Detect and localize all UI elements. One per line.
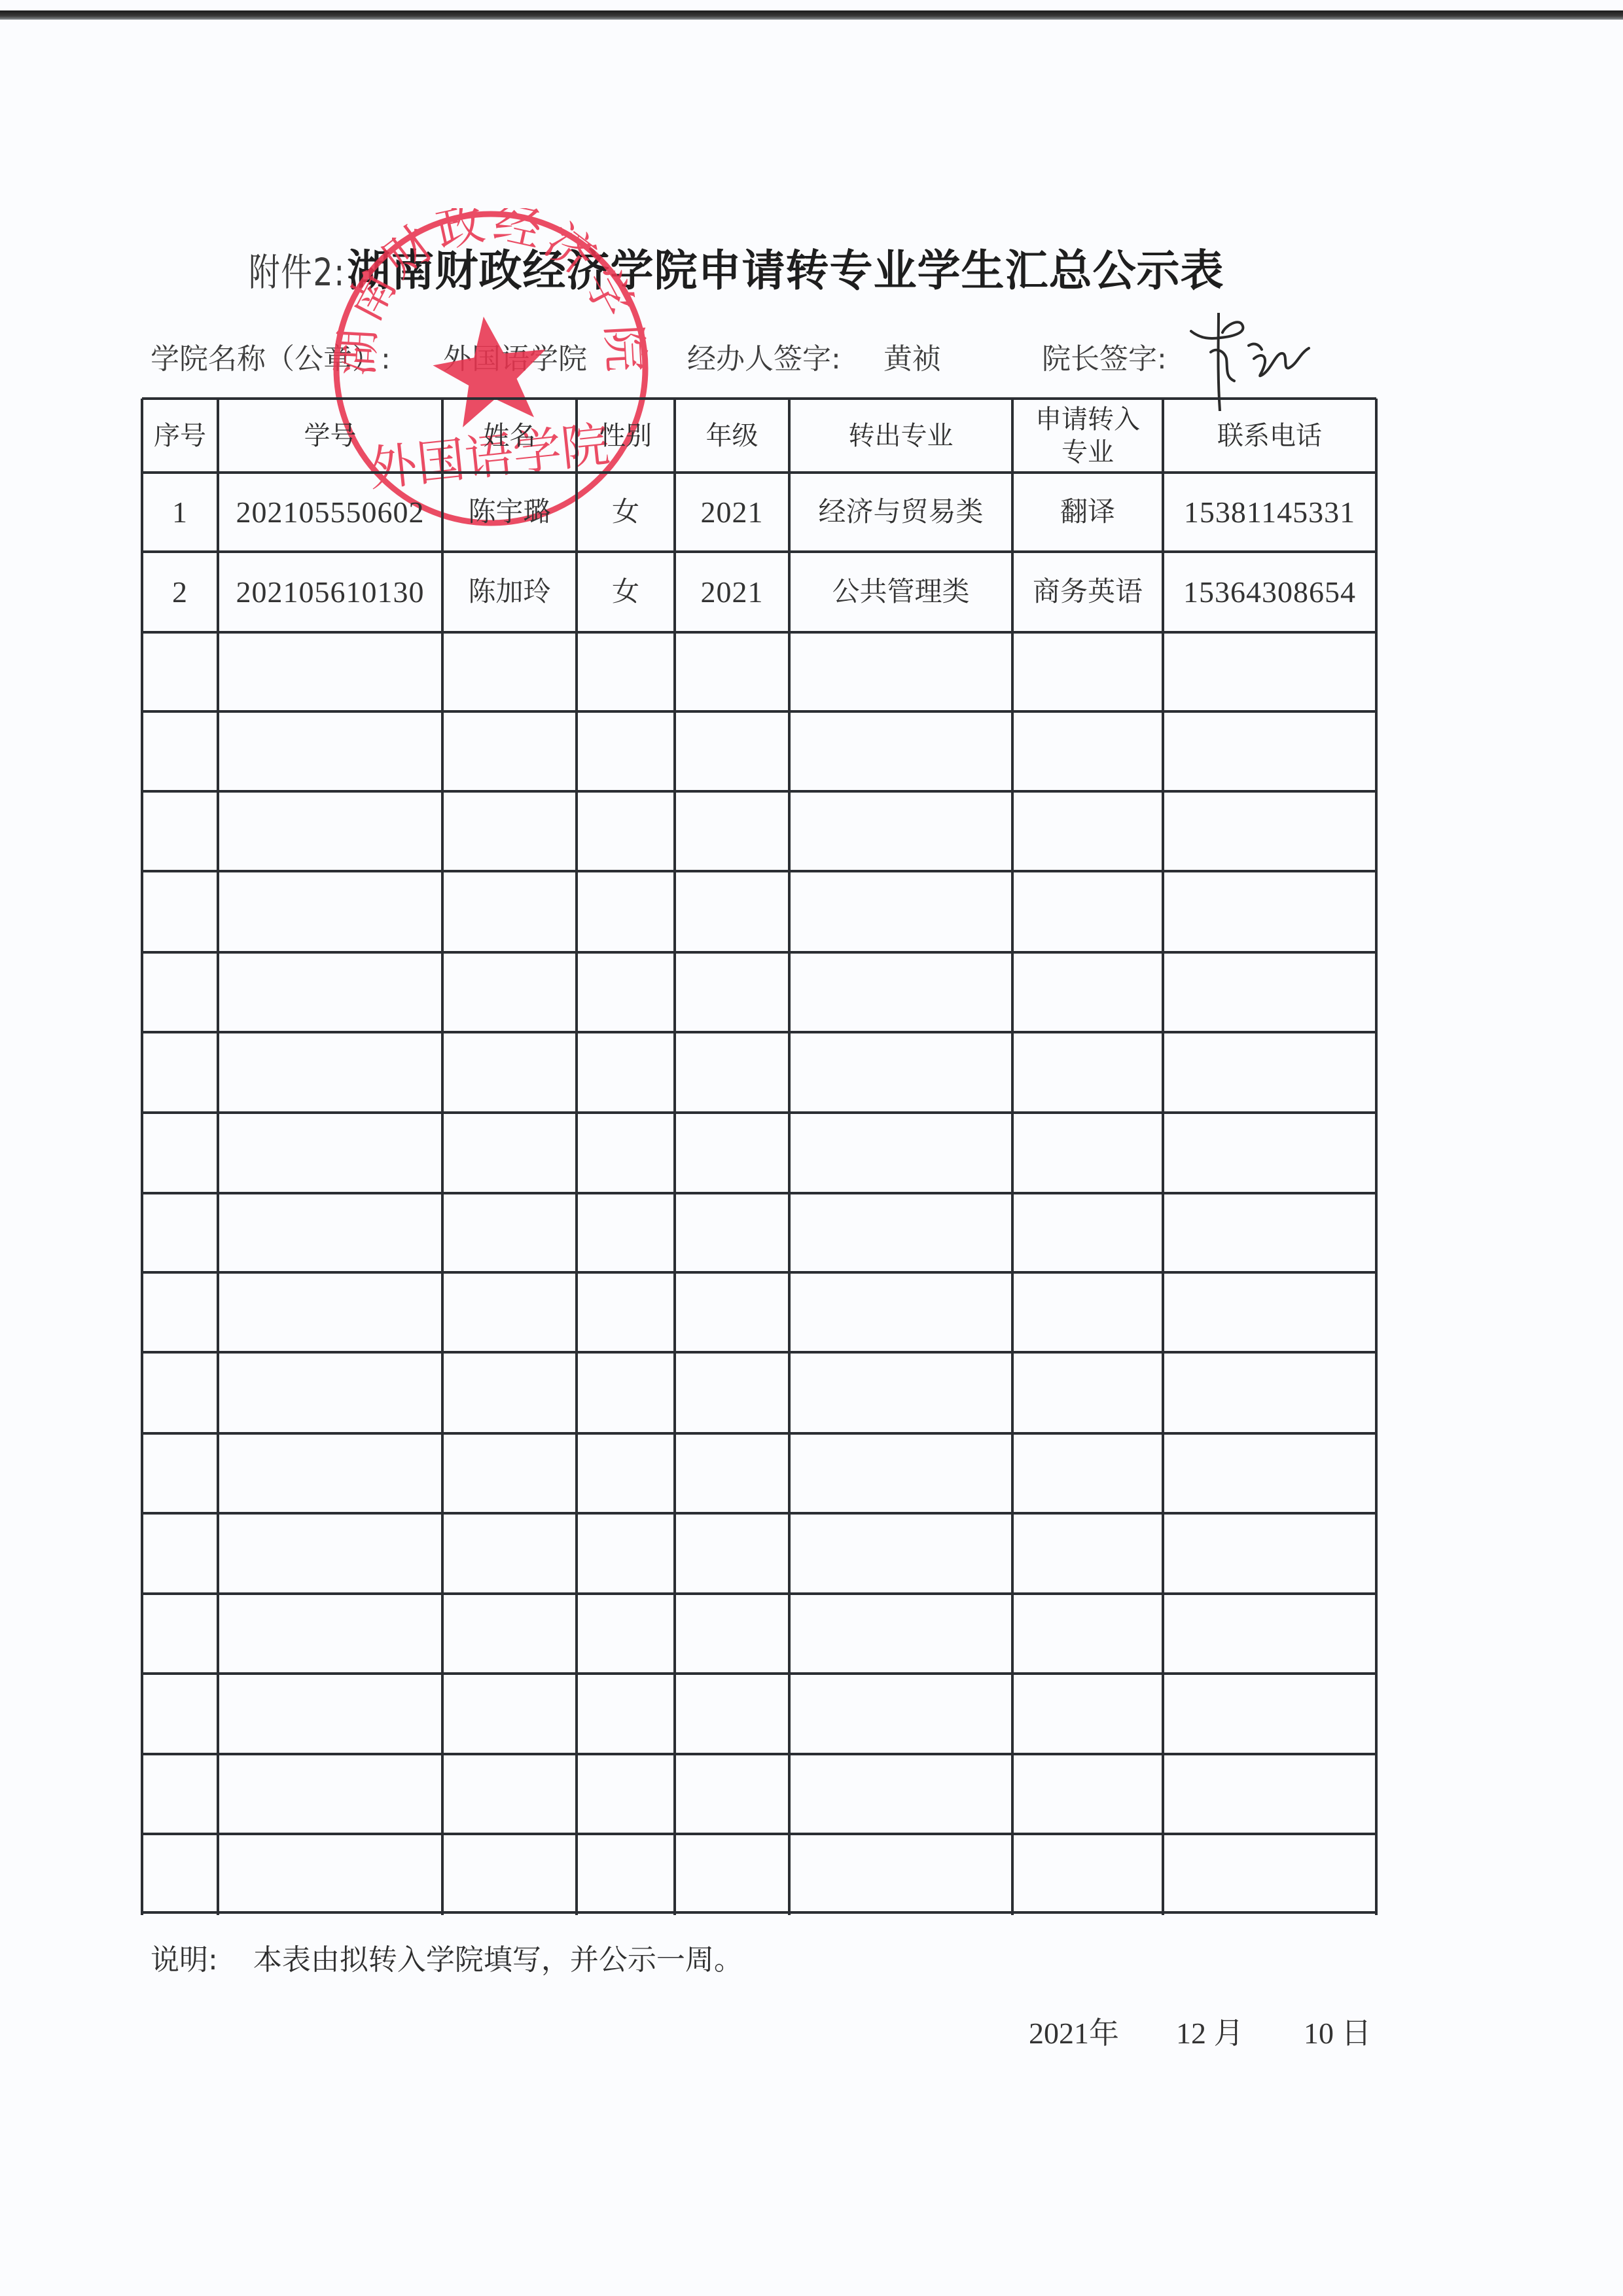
table-row-line — [142, 951, 1376, 954]
table-row-line — [142, 1432, 1376, 1435]
table-row-line — [142, 1911, 1376, 1914]
table-row-line — [142, 1753, 1376, 1755]
note: 说明: 本表由拟转入学院填写，并公示一周。 — [151, 1936, 743, 1978]
table-row-line — [142, 1111, 1376, 1114]
header-to-major: 申请转入专业 — [1012, 399, 1163, 473]
table-cell-phone: 15381145331 — [1163, 473, 1376, 552]
table-cell-student-id: 202105550602 — [218, 473, 442, 552]
table-row-line — [142, 710, 1376, 713]
attachment-label: 附件2: — [249, 242, 346, 296]
page-title: 湖南财政经济学院申请转专业学生汇总公示表 — [347, 236, 1224, 298]
header-gender: 性别 — [577, 399, 675, 473]
table-row-line — [142, 1351, 1376, 1354]
table-cell-from-major: 经济与贸易类 — [789, 473, 1012, 552]
handler-name: 黄祯 — [883, 335, 941, 377]
date-day: 10 日 — [1304, 2009, 1372, 2053]
table-cell-seq: 1 — [142, 473, 218, 552]
table-cell-seq: 2 — [142, 552, 218, 632]
table-row-line — [142, 870, 1376, 872]
table-cell-phone: 15364308654 — [1163, 552, 1376, 632]
dean-label: 院长签字: — [1042, 335, 1167, 377]
header-student-id: 学号 — [218, 399, 442, 473]
note-label: 说明: — [151, 1943, 218, 1977]
college-label: 学院名称（公章）: — [151, 335, 391, 377]
table-cell-to-major: 翻译 — [1012, 473, 1163, 552]
table-cell-gender: 女 — [577, 473, 675, 552]
dean-signature-icon — [1185, 313, 1315, 411]
header-grade: 年级 — [675, 399, 789, 473]
student-table: 序号学号姓名性别年级转出专业申请转入专业联系电话1202105550602陈宇璐… — [142, 399, 1376, 1912]
table-cell-grade: 2021 — [675, 552, 789, 632]
table-cell-name: 陈宇璐 — [442, 473, 577, 552]
table-row-line — [142, 790, 1376, 793]
table-row-line — [142, 1031, 1376, 1033]
table-row-line — [142, 1592, 1376, 1595]
table-row-line — [142, 1271, 1376, 1274]
table-row-line — [142, 1833, 1376, 1835]
scan-edge — [0, 10, 1623, 20]
header-name: 姓名 — [442, 399, 577, 473]
note-text: 本表由拟转入学院填写，并公示一周。 — [253, 1943, 743, 1977]
table-cell-student-id: 202105610130 — [218, 552, 442, 632]
college-name: 外国语学院 — [443, 335, 587, 377]
table-row-line — [142, 1672, 1376, 1675]
table-cell-from-major: 公共管理类 — [789, 552, 1012, 632]
header-phone: 联系电话 — [1163, 399, 1376, 473]
date-year: 2021年 — [1029, 2009, 1119, 2053]
table-row-line — [142, 1192, 1376, 1194]
document-title: 附件2: 湖南财政经济学院申请转专业学生汇总公示表 — [249, 236, 1224, 295]
header-from-major: 转出专业 — [789, 399, 1012, 473]
header-seq: 序号 — [142, 399, 218, 473]
table-cell-to-major: 商务英语 — [1012, 552, 1163, 632]
table-row-line — [142, 1512, 1376, 1515]
table-cell-name: 陈加玲 — [442, 552, 577, 632]
handler-label: 经办人签字: — [687, 335, 841, 377]
table-cell-grade: 2021 — [675, 473, 789, 552]
table-cell-gender: 女 — [577, 552, 675, 632]
date-month: 12 月 — [1176, 2009, 1244, 2053]
